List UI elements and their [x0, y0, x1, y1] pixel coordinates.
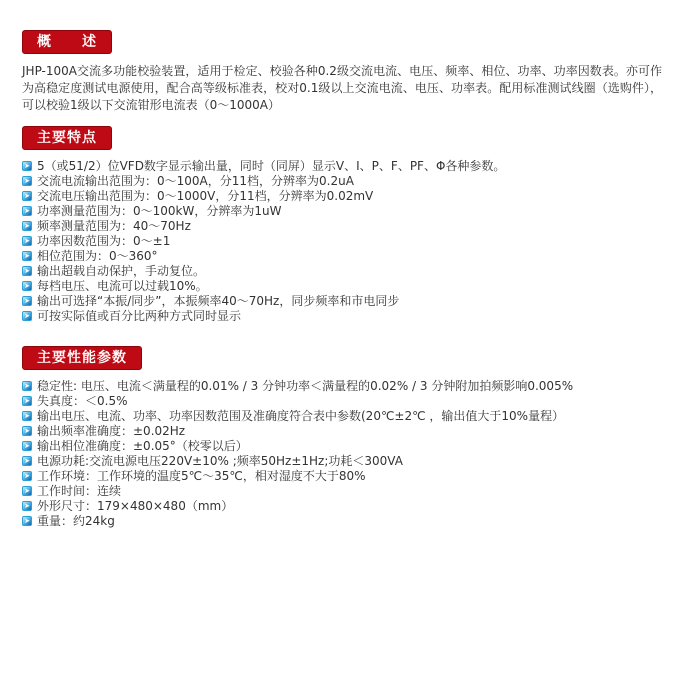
specs-section-header: 主要性能参数 — [22, 346, 665, 370]
arrow-bullet-icon: ➤ — [22, 251, 32, 261]
spec-text: 重量：约24kg — [37, 514, 665, 529]
arrow-bullet-icon: ➤ — [22, 221, 32, 231]
features-badge: 主要特点 — [22, 126, 112, 150]
feature-text: 功率测量范围为：0～100kW，分辨率为1uW — [37, 204, 665, 219]
arrow-bullet-icon: ➤ — [22, 191, 32, 201]
feature-text: 5（或51/2）位VFD数字显示输出量，同时（同屏）显示V、I、P、F、PF、Φ… — [37, 159, 665, 174]
features-list: ➤ 5（或51/2）位VFD数字显示输出量，同时（同屏）显示V、I、P、F、PF… — [22, 159, 665, 324]
list-item: ➤ 功率测量范围为：0～100kW，分辨率为1uW — [22, 204, 665, 219]
list-item: ➤ 输出相位准确度：±0.05°（校零以后） — [22, 439, 665, 454]
spec-text: 工作时间：连续 — [37, 484, 665, 499]
list-item: ➤ 交流电压输出范围为：0～1000V，分11档，分辨率为0.02mV — [22, 189, 665, 204]
arrow-bullet-icon: ➤ — [22, 176, 32, 186]
arrow-bullet-icon: ➤ — [22, 161, 32, 171]
feature-text: 输出可选择“本振/同步”，本振频率40～70Hz，同步频率和市电同步 — [37, 294, 665, 309]
arrow-bullet-icon: ➤ — [22, 311, 32, 321]
specs-list: ➤ 稳定性: 电压、电流＜满量程的0.01% / 3 分钟功率＜满量程的0.02… — [22, 379, 665, 529]
list-item: ➤ 可按实际值或百分比两种方式同时显示 — [22, 309, 665, 324]
list-item: ➤ 稳定性: 电压、电流＜满量程的0.01% / 3 分钟功率＜满量程的0.02… — [22, 379, 665, 394]
list-item: ➤ 输出频率准确度：±0.02Hz — [22, 424, 665, 439]
list-item: ➤ 5（或51/2）位VFD数字显示输出量，同时（同屏）显示V、I、P、F、PF… — [22, 159, 665, 174]
overview-paragraph: JHP-100A交流多功能校验装置，适用于检定、校验各种0.2级交流电流、电压、… — [22, 63, 662, 114]
arrow-bullet-icon: ➤ — [22, 411, 32, 421]
list-item: ➤ 重量：约24kg — [22, 514, 665, 529]
feature-text: 输出超载自动保护，手动复位。 — [37, 264, 665, 279]
list-item: ➤ 频率测量范围为：40～70Hz — [22, 219, 665, 234]
arrow-bullet-icon: ➤ — [22, 501, 32, 511]
feature-text: 交流电压输出范围为：0～1000V，分11档，分辨率为0.02mV — [37, 189, 665, 204]
feature-text: 相位范围为：0～360° — [37, 249, 665, 264]
spec-text: 稳定性: 电压、电流＜满量程的0.01% / 3 分钟功率＜满量程的0.02% … — [37, 379, 665, 394]
overview-section-header: 概 述 — [22, 30, 665, 54]
arrow-bullet-icon: ➤ — [22, 441, 32, 451]
list-item: ➤ 外形尺寸：179×480×480（mm） — [22, 499, 665, 514]
arrow-bullet-icon: ➤ — [22, 236, 32, 246]
arrow-bullet-icon: ➤ — [22, 206, 32, 216]
arrow-bullet-icon: ➤ — [22, 296, 32, 306]
spec-text: 输出电压、电流、功率、功率因数范围及准确度符合表中参数(20℃±2℃ ，输出值大… — [37, 409, 665, 424]
feature-text: 功率因数范围为：0～±1 — [37, 234, 665, 249]
arrow-bullet-icon: ➤ — [22, 281, 32, 291]
arrow-bullet-icon: ➤ — [22, 266, 32, 276]
feature-text: 每档电压、电流可以过载10%。 — [37, 279, 665, 294]
list-item: ➤ 电源功耗:交流电源电压220V±10% ;频率50Hz±1Hz;功耗＜300… — [22, 454, 665, 469]
list-item: ➤ 输出超载自动保护，手动复位。 — [22, 264, 665, 279]
list-item: ➤ 相位范围为：0～360° — [22, 249, 665, 264]
feature-text: 可按实际值或百分比两种方式同时显示 — [37, 309, 665, 324]
spec-text: 电源功耗:交流电源电压220V±10% ;频率50Hz±1Hz;功耗＜300VA — [37, 454, 665, 469]
product-spec-page: 概 述 JHP-100A交流多功能校验装置，适用于检定、校验各种0.2级交流电流… — [0, 0, 683, 529]
list-item: ➤ 工作环境：工作环境的温度5℃～35℃，相对湿度不大于80% — [22, 469, 665, 484]
list-item: ➤ 每档电压、电流可以过载10%。 — [22, 279, 665, 294]
arrow-bullet-icon: ➤ — [22, 396, 32, 406]
list-item: ➤ 工作时间：连续 — [22, 484, 665, 499]
spec-text: 失真度：＜0.5% — [37, 394, 665, 409]
list-item: ➤ 失真度：＜0.5% — [22, 394, 665, 409]
list-item: ➤ 输出可选择“本振/同步”，本振频率40～70Hz，同步频率和市电同步 — [22, 294, 665, 309]
spec-text: 输出频率准确度：±0.02Hz — [37, 424, 665, 439]
arrow-bullet-icon: ➤ — [22, 456, 32, 466]
overview-badge: 概 述 — [22, 30, 112, 54]
feature-text: 交流电流输出范围为：0～100A，分11档，分辨率为0.2uA — [37, 174, 665, 189]
spec-text: 外形尺寸：179×480×480（mm） — [37, 499, 665, 514]
arrow-bullet-icon: ➤ — [22, 381, 32, 391]
arrow-bullet-icon: ➤ — [22, 426, 32, 436]
spec-text: 工作环境：工作环境的温度5℃～35℃，相对湿度不大于80% — [37, 469, 665, 484]
feature-text: 频率测量范围为：40～70Hz — [37, 219, 665, 234]
features-section-header: 主要特点 — [22, 126, 665, 150]
list-item: ➤ 功率因数范围为：0～±1 — [22, 234, 665, 249]
arrow-bullet-icon: ➤ — [22, 471, 32, 481]
specs-badge: 主要性能参数 — [22, 346, 142, 370]
list-item: ➤ 输出电压、电流、功率、功率因数范围及准确度符合表中参数(20℃±2℃ ，输出… — [22, 409, 665, 424]
list-item: ➤ 交流电流输出范围为：0～100A，分11档，分辨率为0.2uA — [22, 174, 665, 189]
spec-text: 输出相位准确度：±0.05°（校零以后） — [37, 439, 665, 454]
arrow-bullet-icon: ➤ — [22, 486, 32, 496]
arrow-bullet-icon: ➤ — [22, 516, 32, 526]
